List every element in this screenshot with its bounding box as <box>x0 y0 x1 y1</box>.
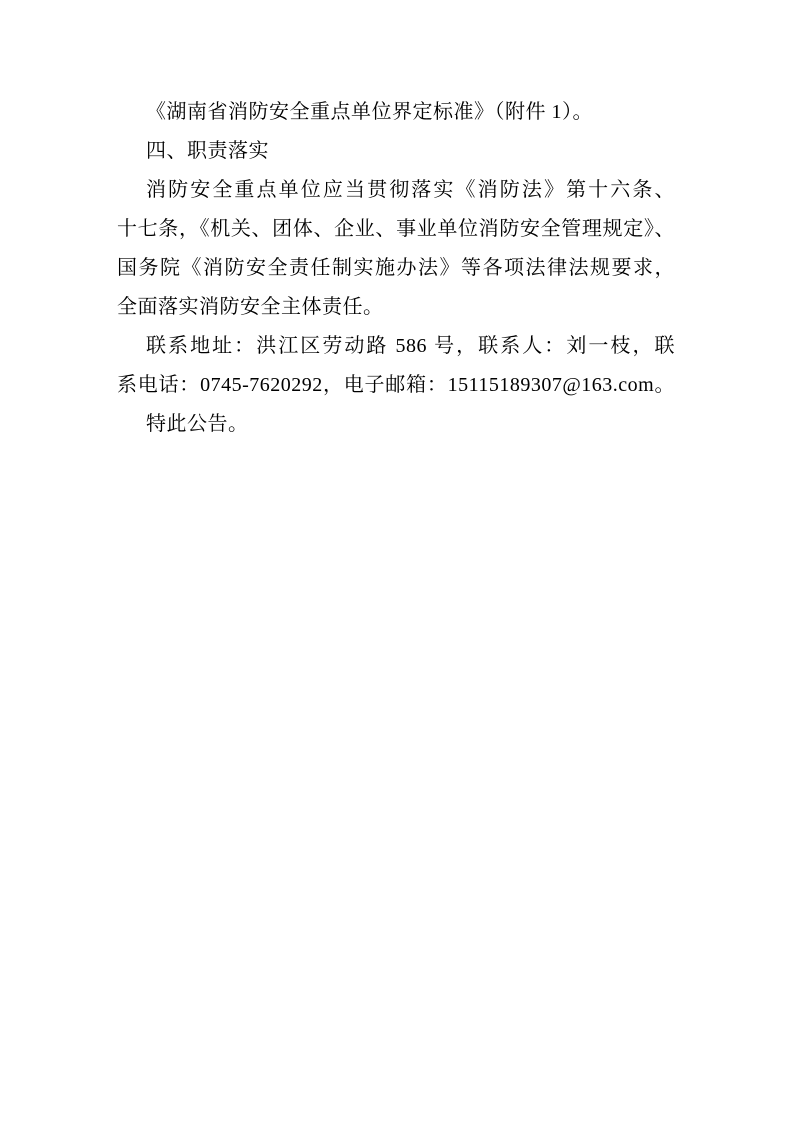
document-body: 《湖南省消防安全重点单位界定标准》（附件 1）。 四、职责落实 消防安全重点单位… <box>117 93 675 444</box>
line-closing-statement: 特此公告。 <box>117 405 675 444</box>
line-attachment-reference: 《湖南省消防安全重点单位界定标准》（附件 1）。 <box>117 93 675 132</box>
line-contact-info-1: 联系地址：洪江区劳动路 586 号，联系人：刘一枝，联 <box>117 327 675 366</box>
line-responsibility-2: 十七条，《机关、团体、企业、事业单位消防安全管理规定》、 <box>117 210 675 249</box>
document-page: 《湖南省消防安全重点单位界定标准》（附件 1）。 四、职责落实 消防安全重点单位… <box>0 0 793 1122</box>
section-heading-four: 四、职责落实 <box>117 132 675 171</box>
line-responsibility-3: 国务院《消防安全责任制实施办法》等各项法律法规要求， <box>117 249 675 288</box>
line-contact-info-2: 系电话：0745-7620292，电子邮箱：15115189307@163.co… <box>117 366 675 405</box>
line-responsibility-1: 消防安全重点单位应当贯彻落实《消防法》第十六条、 <box>117 171 675 210</box>
line-responsibility-4: 全面落实消防安全主体责任。 <box>117 288 675 327</box>
